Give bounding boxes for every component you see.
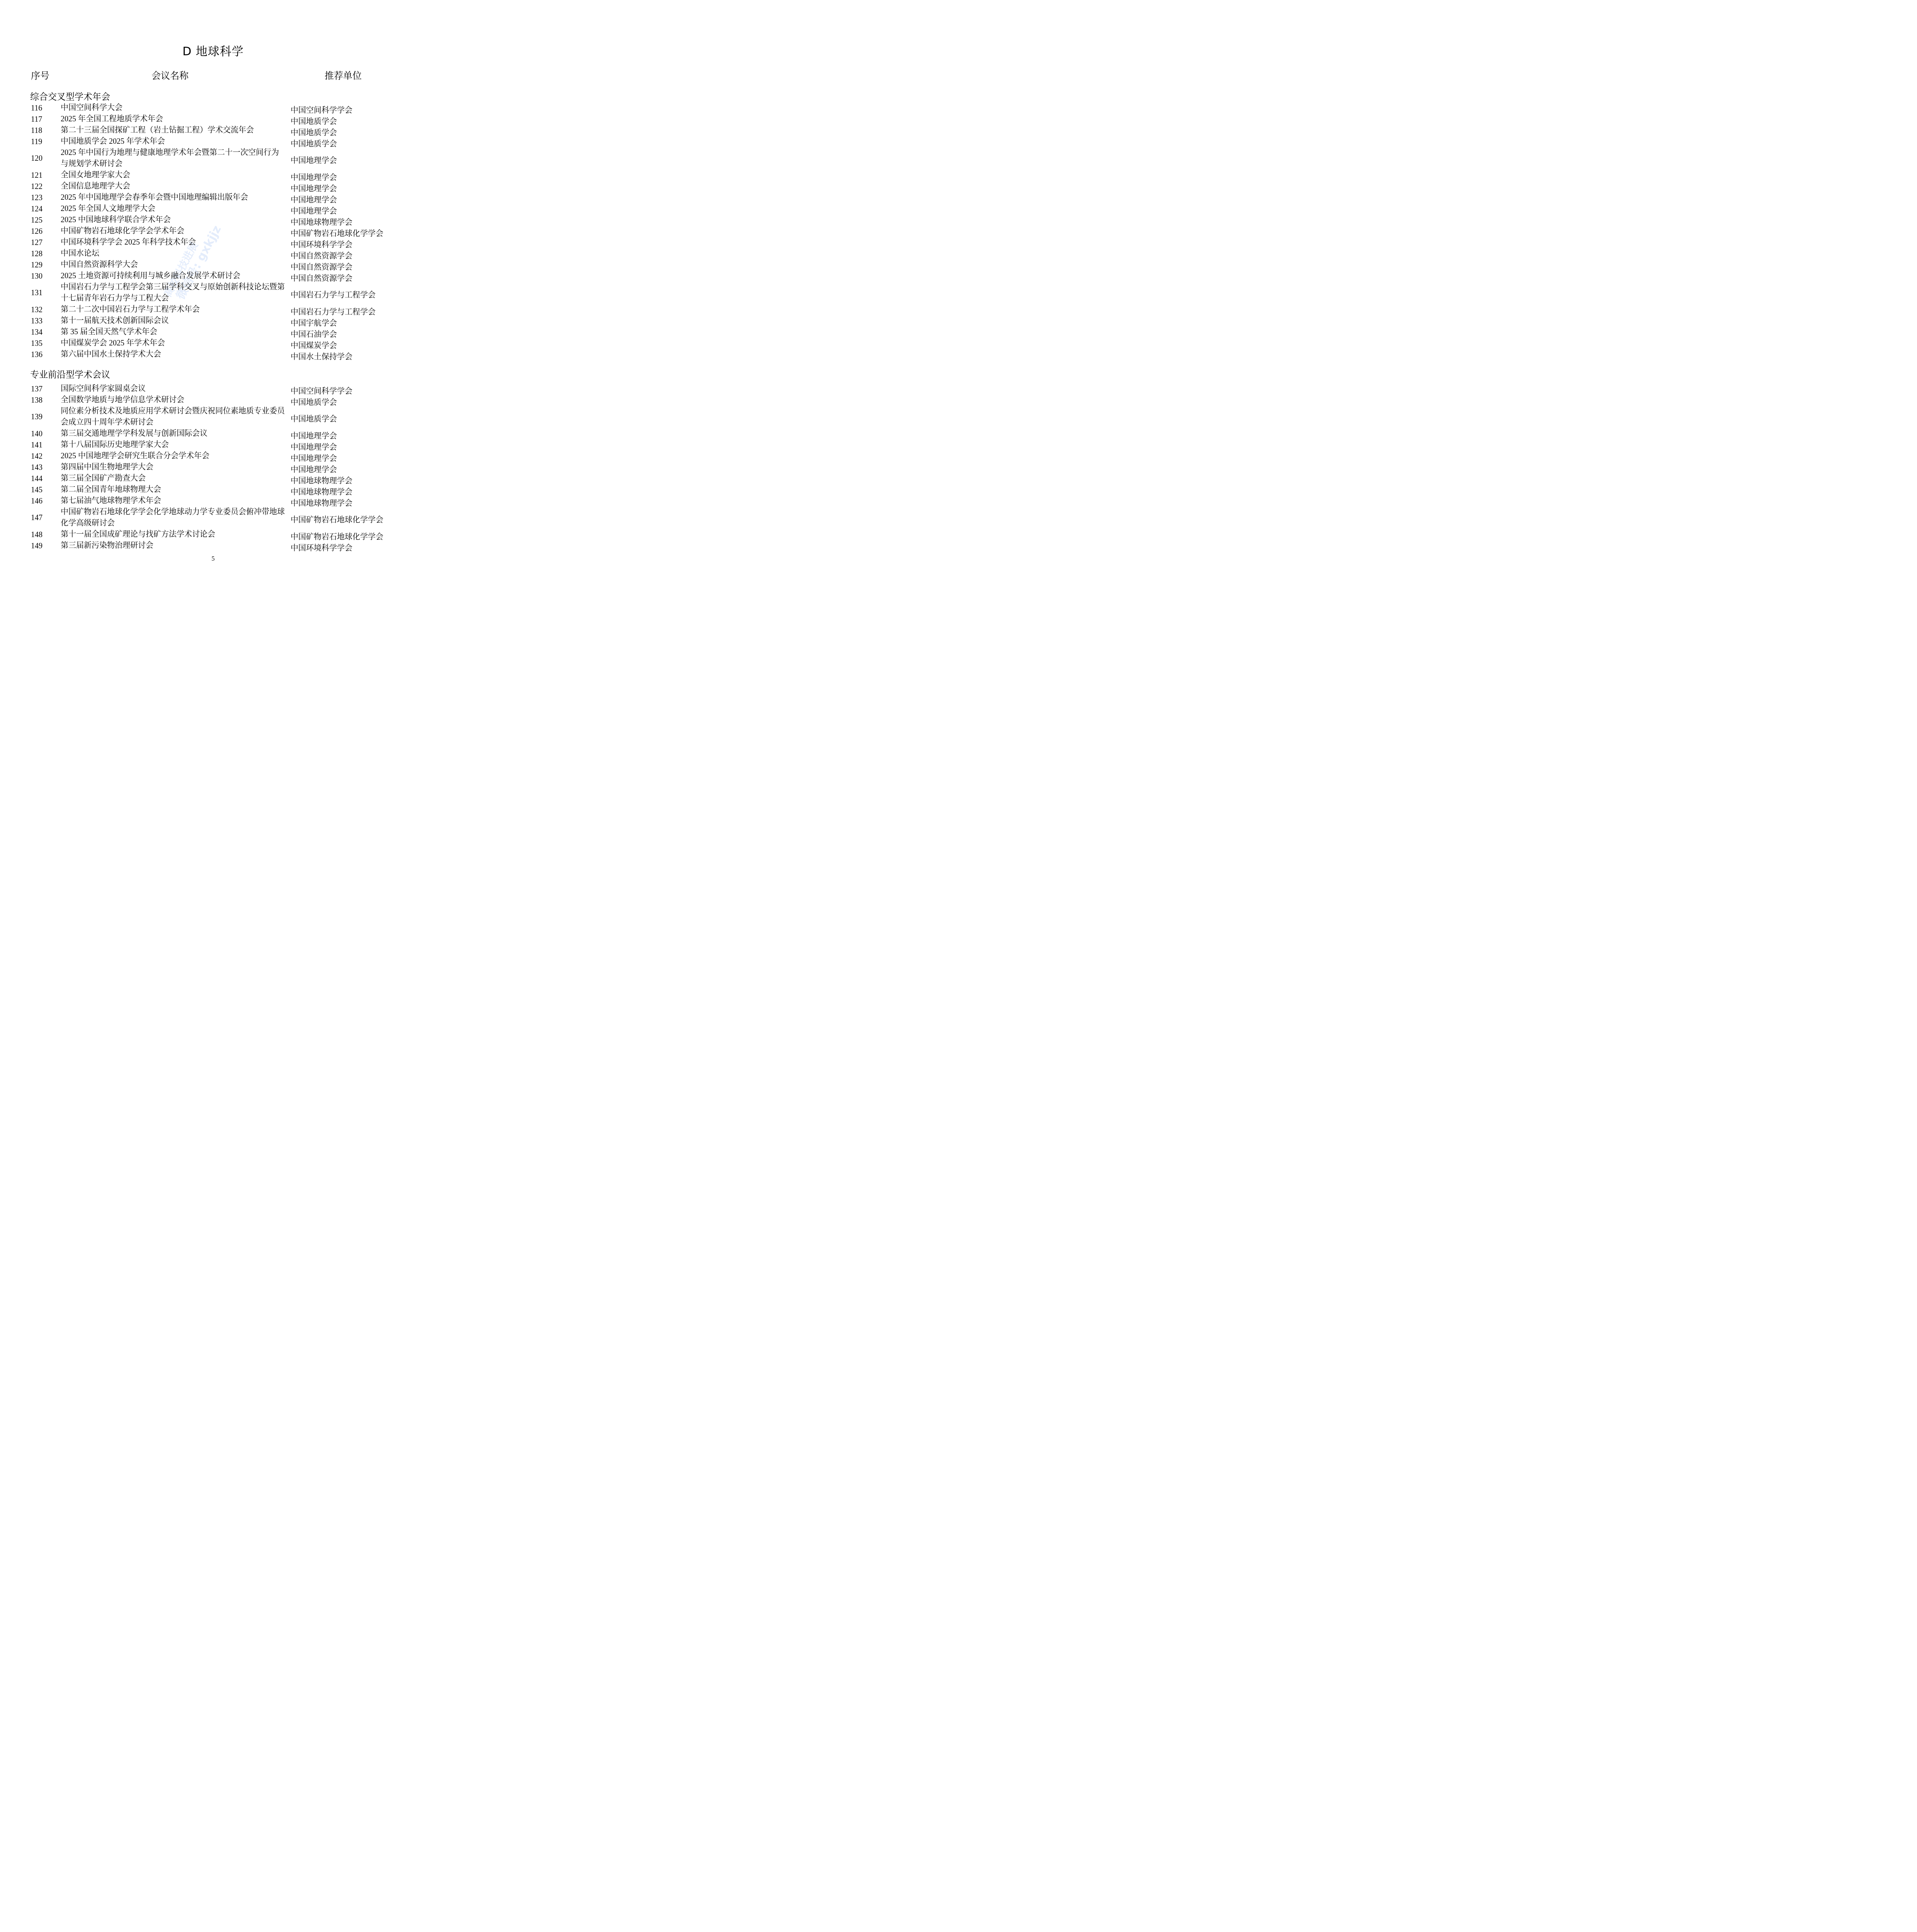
recommending-organization: 中国地质学会 bbox=[291, 115, 337, 126]
recommending-organization: 中国地理学会 bbox=[291, 182, 337, 194]
conference-name: 2025 年全国人文地理学大会 bbox=[61, 203, 285, 214]
conference-name: 中国空间科学大会 bbox=[61, 102, 285, 114]
recommending-organization: 中国地理学会 bbox=[291, 452, 337, 463]
conference-name: 第三届交通地理学学科发展与创新国际会议 bbox=[61, 428, 285, 439]
column-header-number: 序号 bbox=[31, 68, 49, 82]
row-number: 133 bbox=[31, 317, 43, 326]
table-row: 131中国岩石力学与工程学会第三届学科交叉与原始创新科技论坛暨第十七届青年岩石力… bbox=[0, 283, 426, 306]
conference-name: 第三届新污染物治理研讨会 bbox=[61, 540, 285, 551]
conference-name: 2025 土地资源可持续利用与城乡融合发展学术研讨会 bbox=[61, 270, 285, 282]
row-number: 127 bbox=[31, 238, 43, 247]
recommending-organization: 中国环境科学学会 bbox=[291, 238, 352, 250]
recommending-organization: 中国地理学会 bbox=[291, 430, 337, 441]
column-header-org: 推荐单位 bbox=[325, 68, 362, 82]
conference-name: 2025 中国地理学会研究生联合分会学术年会 bbox=[61, 451, 285, 462]
recommending-organization: 中国自然资源学会 bbox=[291, 261, 352, 272]
conference-name: 全国数学地质与地学信息学术研讨会 bbox=[61, 395, 285, 406]
row-number: 125 bbox=[31, 216, 43, 225]
row-number: 149 bbox=[31, 542, 43, 551]
row-number: 129 bbox=[31, 261, 43, 270]
row-number: 140 bbox=[31, 430, 43, 439]
recommending-organization: 中国空间科学学会 bbox=[291, 104, 352, 115]
conference-name: 国际空间科学家圆桌会议 bbox=[61, 383, 285, 395]
conference-name: 全国信息地理学大会 bbox=[61, 181, 285, 192]
row-number: 141 bbox=[31, 441, 43, 450]
row-number: 138 bbox=[31, 396, 43, 405]
recommending-organization: 中国环境科学学会 bbox=[291, 542, 352, 553]
recommending-organization: 中国地质学会 bbox=[291, 413, 337, 424]
recommending-organization: 中国矿物岩石地球化学学会 bbox=[291, 514, 383, 525]
row-number: 135 bbox=[31, 339, 43, 348]
recommending-organization: 中国地质学会 bbox=[291, 396, 337, 407]
table-row: 147中国矿物岩石地球化学学会化学地球动力学专业委员会俯冲带地球化学高级研讨会中… bbox=[0, 508, 426, 531]
document-page: 高校科技进展 微信号: gxkjjz D 地球科学 序号 会议名称 推荐单位 综… bbox=[0, 0, 426, 603]
row-number: 120 bbox=[31, 154, 43, 163]
conference-name: 中国地质学会 2025 年学术年会 bbox=[61, 136, 285, 147]
row-number: 130 bbox=[31, 272, 43, 281]
table-row: 149第三届新污染物治理研讨会中国环境科学学会 bbox=[0, 542, 426, 553]
page-title: D 地球科学 bbox=[0, 42, 426, 59]
table-row: 139同位素分析技术及地质应用学术研讨会暨庆祝同位素地质专业委员会成立四十周年学… bbox=[0, 407, 426, 430]
conference-name: 全国女地理学家大会 bbox=[61, 170, 285, 181]
conference-name: 第二十二次中国岩石力学与工程学术年会 bbox=[61, 304, 285, 315]
conference-name: 第十一届航天技术创新国际会议 bbox=[61, 315, 285, 327]
recommending-organization: 中国地理学会 bbox=[291, 171, 337, 182]
recommending-organization: 中国地理学会 bbox=[291, 205, 337, 216]
row-number: 146 bbox=[31, 497, 43, 506]
conference-name: 第六届中国水土保持学术大会 bbox=[61, 349, 285, 360]
recommending-organization: 中国矿物岩石地球化学学会 bbox=[291, 227, 383, 238]
row-number: 139 bbox=[31, 413, 43, 422]
row-number: 126 bbox=[31, 227, 43, 236]
recommending-organization: 中国地理学会 bbox=[291, 154, 337, 165]
section-heading: 综合交叉型学术年会 bbox=[30, 90, 110, 102]
recommending-organization: 中国地质学会 bbox=[291, 138, 337, 149]
row-number: 131 bbox=[31, 289, 43, 298]
recommending-organization: 中国石油学会 bbox=[291, 328, 337, 339]
conference-name: 2025 年中国行为地理与健康地理学术年会暨第二十一次空间行为与规划学术研讨会 bbox=[61, 147, 285, 170]
row-number: 143 bbox=[31, 463, 43, 472]
conference-name: 中国岩石力学与工程学会第三届学科交叉与原始创新科技论坛暨第十七届青年岩石力学与工… bbox=[61, 282, 285, 304]
conference-name: 第十八届国际历史地理学家大会 bbox=[61, 439, 285, 451]
recommending-organization: 中国地质学会 bbox=[291, 126, 337, 138]
row-number: 132 bbox=[31, 306, 43, 315]
recommending-organization: 中国地理学会 bbox=[291, 463, 337, 474]
row-number: 136 bbox=[31, 350, 43, 359]
conference-name: 中国矿物岩石地球化学学会化学地球动力学专业委员会俯冲带地球化学高级研讨会 bbox=[61, 507, 285, 529]
recommending-organization: 中国空间科学学会 bbox=[291, 385, 352, 396]
conference-name: 中国矿物岩石地球化学学会学术年会 bbox=[61, 226, 285, 237]
row-number: 116 bbox=[31, 104, 42, 113]
conference-name: 第二十三届全国探矿工程（岩土钻掘工程）学术交流年会 bbox=[61, 125, 285, 136]
recommending-organization: 中国水土保持学会 bbox=[291, 350, 352, 362]
recommending-organization: 中国岩石力学与工程学会 bbox=[291, 306, 376, 317]
recommending-organization: 中国地理学会 bbox=[291, 441, 337, 452]
conference-name: 第 35 届全国天然气学术年会 bbox=[61, 327, 285, 338]
recommending-organization: 中国岩石力学与工程学会 bbox=[291, 289, 376, 300]
recommending-organization: 中国自然资源学会 bbox=[291, 250, 352, 261]
row-number: 148 bbox=[31, 531, 43, 539]
recommending-organization: 中国地球物理学会 bbox=[291, 497, 352, 508]
recommending-organization: 中国地理学会 bbox=[291, 194, 337, 205]
row-number: 117 bbox=[31, 115, 42, 124]
row-number: 137 bbox=[31, 385, 43, 394]
row-number: 123 bbox=[31, 194, 43, 202]
row-number: 147 bbox=[31, 514, 43, 522]
table-row: 1202025 年中国行为地理与健康地理学术年会暨第二十一次空间行为与规划学术研… bbox=[0, 149, 426, 171]
column-header-name: 会议名称 bbox=[151, 68, 189, 82]
row-number: 134 bbox=[31, 328, 43, 337]
conference-name: 2025 年全国工程地质学术年会 bbox=[61, 114, 285, 125]
row-number: 122 bbox=[31, 182, 43, 191]
conference-name: 第三届全国矿产勘查大会 bbox=[61, 473, 285, 484]
recommending-organization: 中国宇航学会 bbox=[291, 317, 337, 328]
conference-name: 2025 中国地球科学联合学术年会 bbox=[61, 214, 285, 226]
conference-name: 第二届全国青年地球物理大会 bbox=[61, 484, 285, 495]
conference-name: 同位素分析技术及地质应用学术研讨会暨庆祝同位素地质专业委员会成立四十周年学术研讨… bbox=[61, 406, 285, 428]
conference-name: 中国水论坛 bbox=[61, 248, 285, 259]
recommending-organization: 中国地球物理学会 bbox=[291, 216, 352, 227]
recommending-organization: 中国地球物理学会 bbox=[291, 474, 352, 486]
recommending-organization: 中国地球物理学会 bbox=[291, 486, 352, 497]
conference-name: 中国环境科学学会 2025 年科学技术年会 bbox=[61, 237, 285, 248]
recommending-organization: 中国煤炭学会 bbox=[291, 339, 337, 350]
conference-name: 第十一届全国成矿理论与找矿方法学术讨论会 bbox=[61, 529, 285, 540]
row-number: 119 bbox=[31, 138, 42, 146]
conference-name: 2025 年中国地理学会春季年会暨中国地理编辑出版年会 bbox=[61, 192, 285, 203]
page-number: 5 bbox=[0, 556, 426, 563]
row-number: 144 bbox=[31, 474, 43, 483]
conference-name: 第七届油气地球物理学术年会 bbox=[61, 495, 285, 507]
table-row: 136第六届中国水土保持学术大会中国水土保持学会 bbox=[0, 350, 426, 362]
section-heading: 专业前沿型学术会议 bbox=[30, 367, 110, 380]
row-number: 124 bbox=[31, 205, 43, 214]
row-number: 142 bbox=[31, 452, 43, 461]
row-number: 145 bbox=[31, 486, 43, 495]
row-number: 128 bbox=[31, 250, 43, 259]
recommending-organization: 中国自然资源学会 bbox=[291, 272, 352, 283]
conference-name: 第四届中国生物地理学大会 bbox=[61, 462, 285, 473]
row-number: 121 bbox=[31, 171, 43, 180]
recommending-organization: 中国矿物岩石地球化学学会 bbox=[291, 531, 383, 542]
conference-name: 中国煤炭学会 2025 年学术年会 bbox=[61, 338, 285, 349]
conference-name: 中国自然资源科学大会 bbox=[61, 259, 285, 270]
row-number: 118 bbox=[31, 126, 42, 135]
